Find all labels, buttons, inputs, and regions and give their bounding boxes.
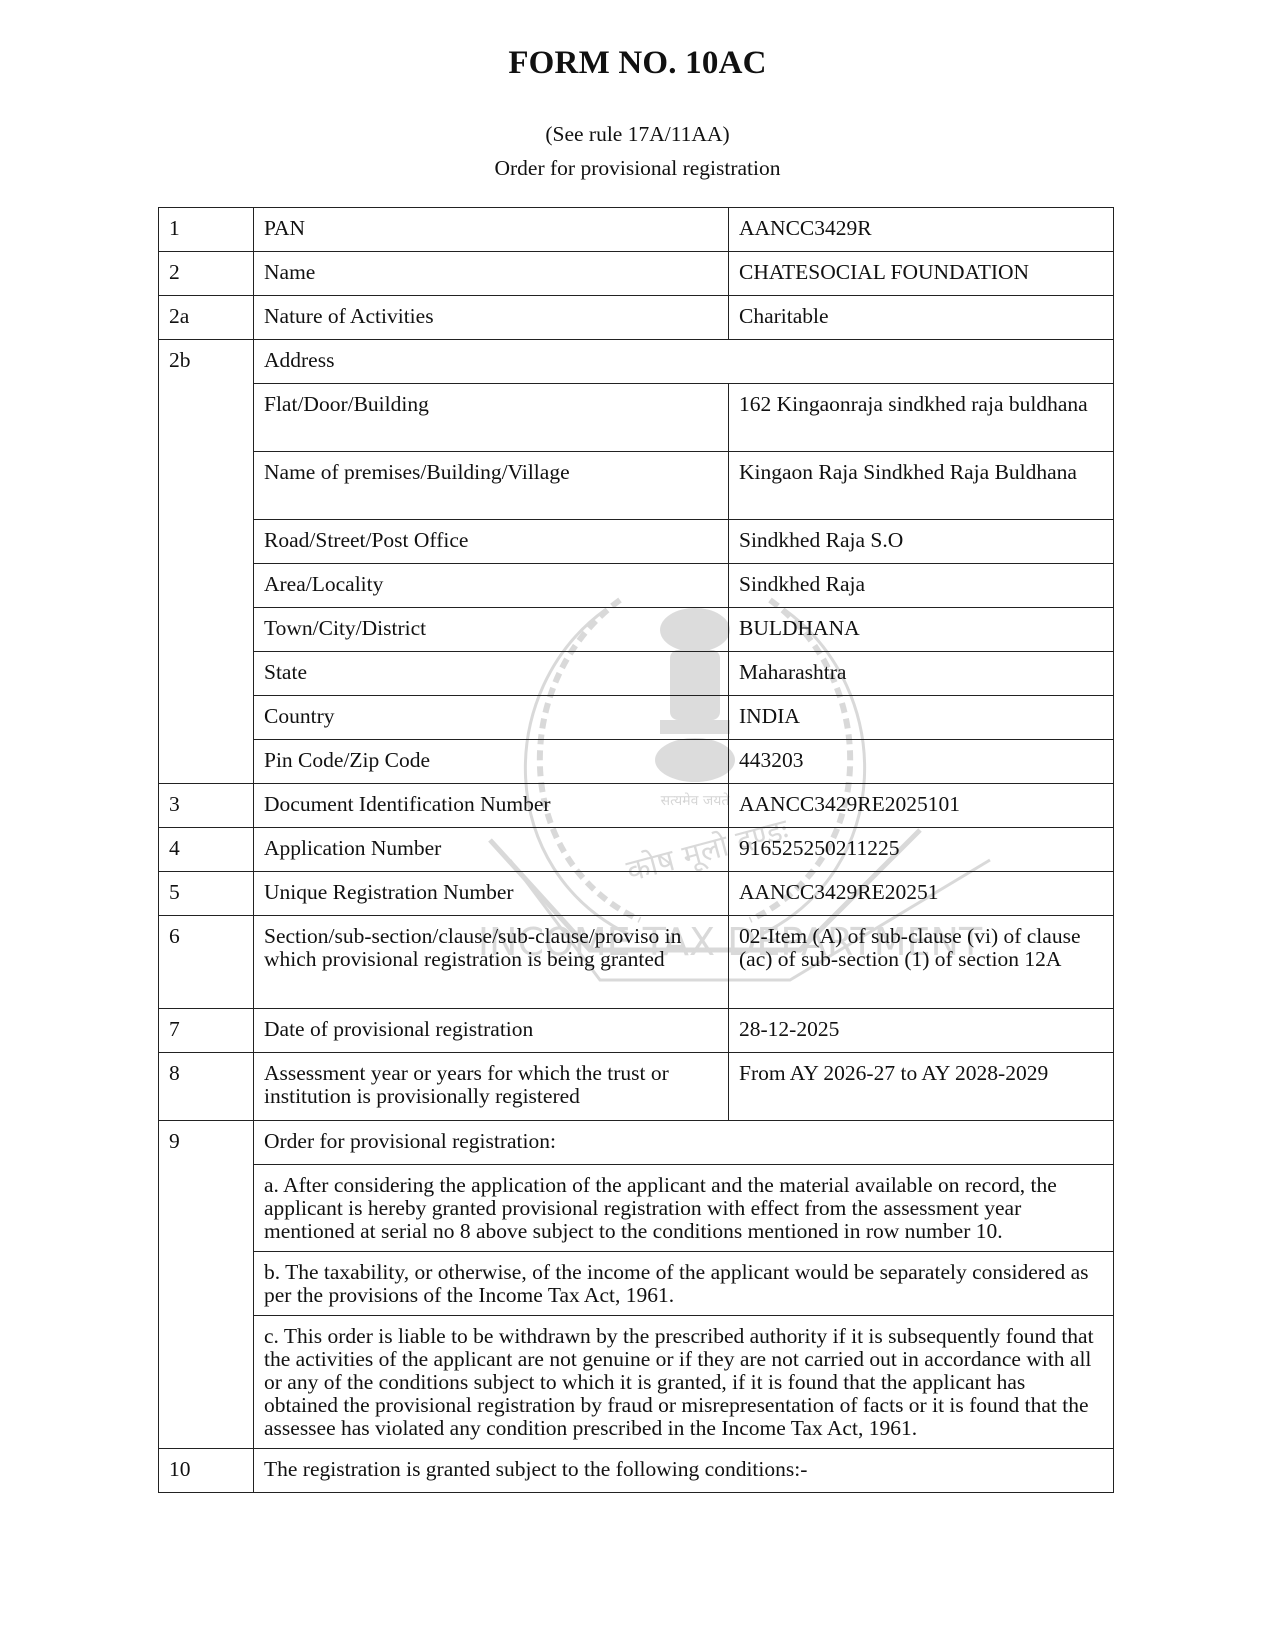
row-address-pincode: Pin Code/Zip Code 443203: [159, 740, 1114, 784]
field-label: Date of provisional registration: [254, 1009, 729, 1053]
serial-number: 2b: [159, 340, 254, 784]
serial-number: 2: [159, 252, 254, 296]
row-nature-of-activities: 2a Nature of Activities Charitable: [159, 296, 1114, 340]
serial-number: 1: [159, 208, 254, 252]
field-label: Pin Code/Zip Code: [254, 740, 729, 784]
row-address-country: Country INDIA: [159, 696, 1114, 740]
form-subtitle: Order for provisional registration: [0, 156, 1275, 181]
row-address-road: Road/Street/Post Office Sindkhed Raja S.…: [159, 520, 1114, 564]
field-label: Unique Registration Number: [254, 872, 729, 916]
row-address-area: Area/Locality Sindkhed Raja: [159, 564, 1114, 608]
field-label: Name of premises/Building/Village: [254, 452, 729, 520]
urn-value: AANCC3429RE20251: [729, 872, 1114, 916]
assessment-years-value: From AY 2026-27 to AY 2028-2029: [729, 1053, 1114, 1121]
row-date-of-registration: 7 Date of provisional registration 28-12…: [159, 1009, 1114, 1053]
pincode-value: 443203: [729, 740, 1114, 784]
serial-number: 10: [159, 1449, 254, 1493]
field-label: Road/Street/Post Office: [254, 520, 729, 564]
rule-reference: (See rule 17A/11AA): [0, 122, 1275, 147]
state-value: Maharashtra: [729, 652, 1114, 696]
row-order-paragraph-a: a. After considering the application of …: [159, 1165, 1114, 1252]
section-value: 02-Item (A) of sub-clause (vi) of clause…: [729, 916, 1114, 1009]
address-label: Address: [254, 340, 1114, 384]
row-address-town: Town/City/District BULDHANA: [159, 608, 1114, 652]
serial-number: 9: [159, 1121, 254, 1449]
row-document-identification-number: 3 Document Identification Number AANCC34…: [159, 784, 1114, 828]
field-label: Assessment year or years for which the t…: [254, 1053, 729, 1121]
row-pan: 1 PAN AANCC3429R: [159, 208, 1114, 252]
field-label: Document Identification Number: [254, 784, 729, 828]
application-number-value: 916525250211225: [729, 828, 1114, 872]
flat-value: 162 Kingaonraja sindkhed raja buldhana: [729, 384, 1114, 452]
order-label: Order for provisional registration:: [254, 1121, 1114, 1165]
row-assessment-years: 8 Assessment year or years for which the…: [159, 1053, 1114, 1121]
field-label: Nature of Activities: [254, 296, 729, 340]
row-order-paragraph-b: b. The taxability, or otherwise, of the …: [159, 1252, 1114, 1316]
field-label: Area/Locality: [254, 564, 729, 608]
field-label: Application Number: [254, 828, 729, 872]
date-value: 28-12-2025: [729, 1009, 1114, 1053]
row-section: 6 Section/sub-section/clause/sub-clause/…: [159, 916, 1114, 1009]
row-address-premises: Name of premises/Building/Village Kingao…: [159, 452, 1114, 520]
row-application-number: 4 Application Number 916525250211225: [159, 828, 1114, 872]
order-paragraph: b. The taxability, or otherwise, of the …: [254, 1252, 1114, 1316]
row-unique-registration-number: 5 Unique Registration Number AANCC3429RE…: [159, 872, 1114, 916]
premises-value: Kingaon Raja Sindkhed Raja Buldhana: [729, 452, 1114, 520]
order-paragraph: a. After considering the application of …: [254, 1165, 1114, 1252]
serial-number: 3: [159, 784, 254, 828]
order-paragraph: c. This order is liable to be withdrawn …: [254, 1316, 1114, 1449]
serial-number: 2a: [159, 296, 254, 340]
row-address-header: 2b Address: [159, 340, 1114, 384]
area-value: Sindkhed Raja: [729, 564, 1114, 608]
form-10ac-table: 1 PAN AANCC3429R 2 Name CHATESOCIAL FOUN…: [158, 207, 1114, 1493]
field-label: Flat/Door/Building: [254, 384, 729, 452]
row-conditions: 10 The registration is granted subject t…: [159, 1449, 1114, 1493]
din-value: AANCC3429RE2025101: [729, 784, 1114, 828]
field-label: State: [254, 652, 729, 696]
serial-number: 7: [159, 1009, 254, 1053]
row-name: 2 Name CHATESOCIAL FOUNDATION: [159, 252, 1114, 296]
form-title: FORM NO. 10AC: [0, 45, 1275, 82]
row-order-paragraph-c: c. This order is liable to be withdrawn …: [159, 1316, 1114, 1449]
pan-value: AANCC3429R: [729, 208, 1114, 252]
row-address-state: State Maharashtra: [159, 652, 1114, 696]
country-value: INDIA: [729, 696, 1114, 740]
field-label: Section/sub-section/clause/sub-clause/pr…: [254, 916, 729, 1009]
field-label: Town/City/District: [254, 608, 729, 652]
serial-number: 4: [159, 828, 254, 872]
town-value: BULDHANA: [729, 608, 1114, 652]
row-address-flat: Flat/Door/Building 162 Kingaonraja sindk…: [159, 384, 1114, 452]
conditions-label: The registration is granted subject to t…: [254, 1449, 1114, 1493]
road-value: Sindkhed Raja S.O: [729, 520, 1114, 564]
row-order-header: 9 Order for provisional registration:: [159, 1121, 1114, 1165]
serial-number: 6: [159, 916, 254, 1009]
field-label: Name: [254, 252, 729, 296]
serial-number: 5: [159, 872, 254, 916]
field-label: Country: [254, 696, 729, 740]
name-value: CHATESOCIAL FOUNDATION: [729, 252, 1114, 296]
nature-value: Charitable: [729, 296, 1114, 340]
serial-number: 8: [159, 1053, 254, 1121]
field-label: PAN: [254, 208, 729, 252]
